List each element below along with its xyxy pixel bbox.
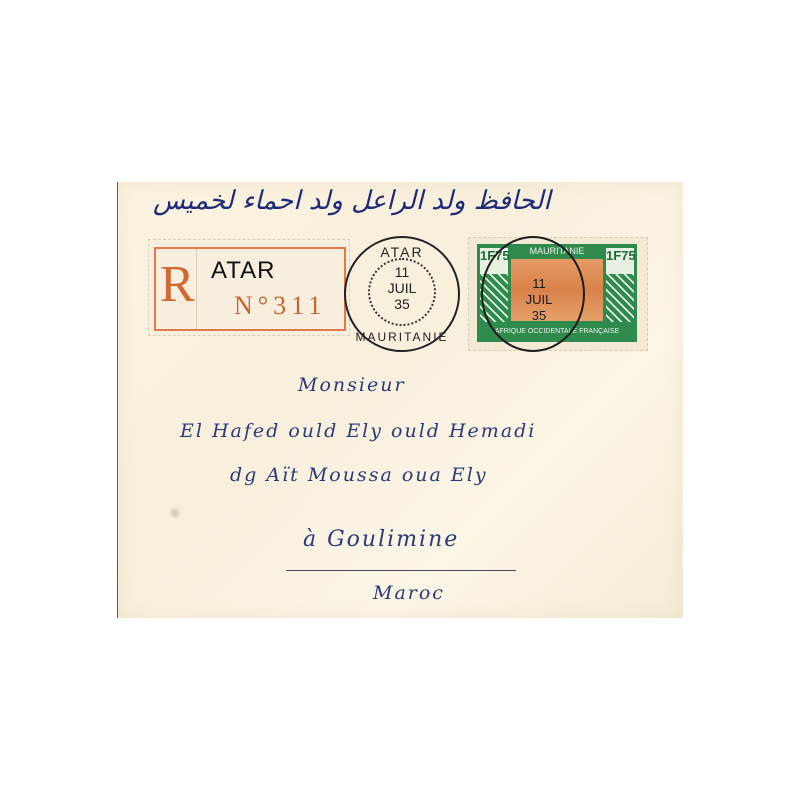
address-line-5: Maroc bbox=[373, 582, 445, 604]
stamp-cancel-day: 11 bbox=[514, 276, 564, 292]
registration-number: N°311 bbox=[234, 291, 326, 321]
postmark-town: ATAR bbox=[346, 244, 458, 260]
registration-letter: R bbox=[160, 259, 195, 311]
address-underline bbox=[286, 570, 516, 571]
registration-label: R ATAR N°311 bbox=[148, 239, 350, 336]
postmark-day: 11 bbox=[346, 264, 458, 280]
address-line-1: Monsieur bbox=[298, 374, 406, 396]
registration-town: ATAR bbox=[211, 257, 275, 285]
address-line-2: El Hafed ould Ely ould Hemadi bbox=[180, 420, 536, 442]
address-line-4: à Goulimine bbox=[303, 527, 459, 552]
postage-stamp: 1F75 1F75 MAURITANIE AFRIQUE OCCIDENTALE… bbox=[468, 237, 648, 351]
postmark-country: MAURITANIE bbox=[346, 330, 458, 344]
postmark: ATAR 11 JUIL 35 MAURITANIE bbox=[344, 236, 460, 352]
envelope: الحافظ ولد الراعل ولد احماء لخميس R ATAR… bbox=[117, 182, 683, 618]
address-line-3: dg Aït Moussa oua Ely bbox=[230, 464, 488, 486]
registration-label-border: R ATAR N°311 bbox=[154, 247, 346, 331]
registration-divider bbox=[196, 249, 197, 329]
postmark-month: JUIL bbox=[346, 280, 458, 296]
paper-smudge bbox=[168, 507, 182, 519]
stamp-value-right: 1F75 bbox=[606, 248, 634, 274]
stamp-cancel-text: 11 JUIL 35 bbox=[514, 276, 564, 324]
postmark-year: 35 bbox=[346, 296, 458, 312]
stamp-cancel-year: 35 bbox=[514, 308, 564, 324]
stamp-cancel-month: JUIL bbox=[514, 292, 564, 308]
arabic-inscription: الحافظ ولد الراعل ولد احماء لخميس bbox=[153, 186, 583, 216]
